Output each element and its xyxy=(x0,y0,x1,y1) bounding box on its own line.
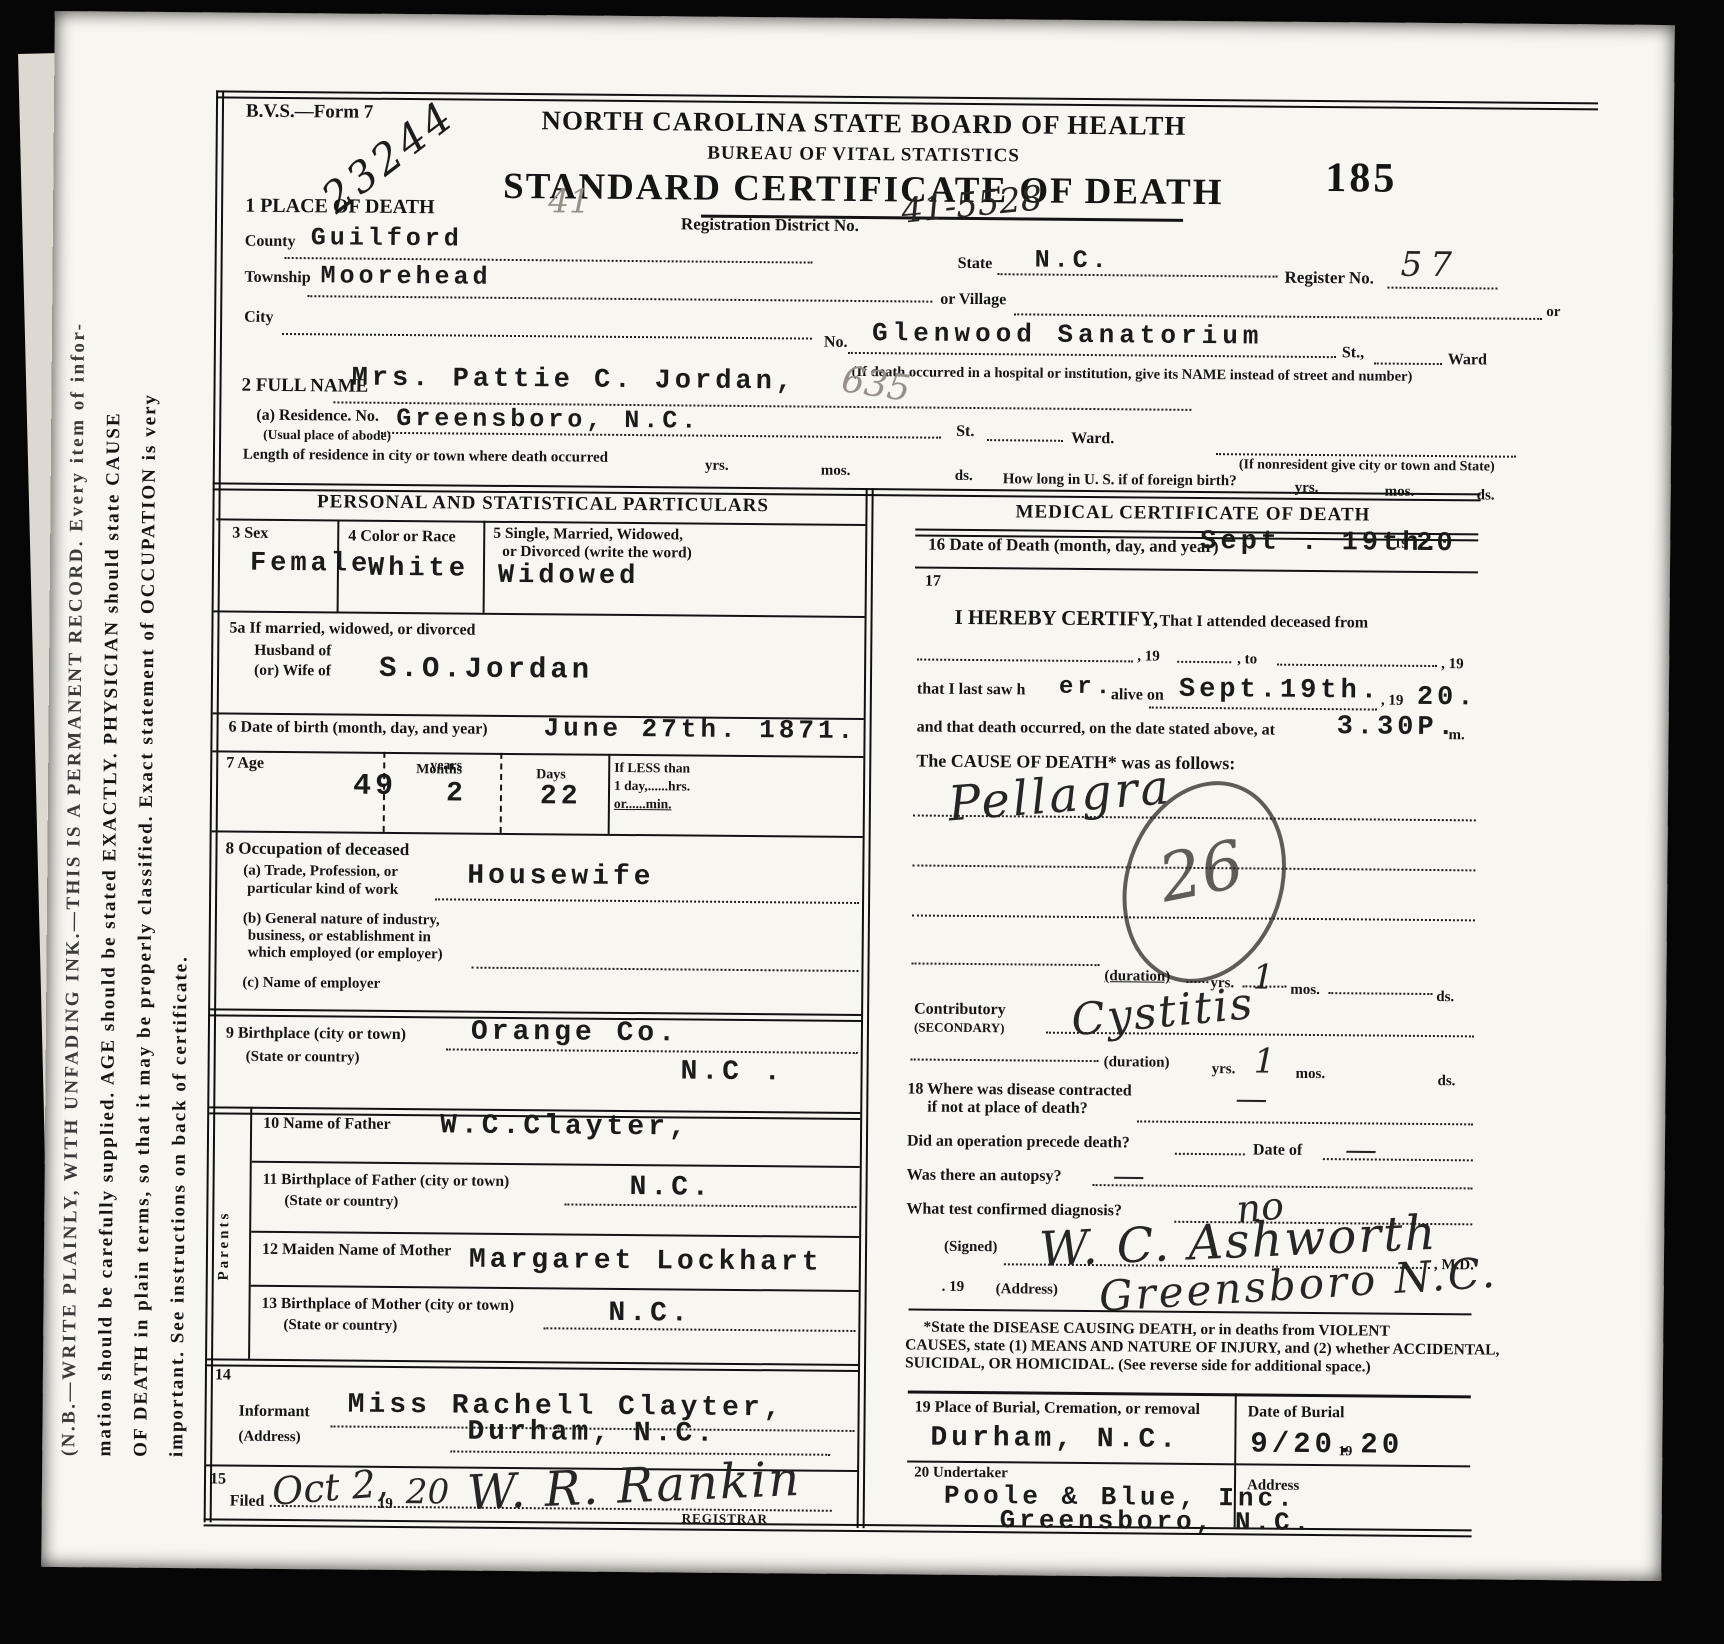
cell-divider xyxy=(483,521,486,613)
mother-birthplace-label: 13 Birthplace of Mother (city or town) xyxy=(261,1295,514,1315)
registrar-label: REGISTRAR xyxy=(682,1510,768,1527)
dotted-line xyxy=(1177,661,1231,663)
dotted-line xyxy=(1093,1184,1473,1189)
filed-number: 15 xyxy=(210,1470,226,1488)
father-birthplace-label: 11 Birthplace of Father (city or town) xyxy=(263,1171,510,1191)
occupation-b-label-3: which employed (or employer) xyxy=(248,945,443,964)
burial-label: 19 Place of Burial, Cremation, or remova… xyxy=(915,1399,1200,1419)
burial-date-label: Date of Burial xyxy=(1248,1403,1345,1422)
certificate-number: 185 xyxy=(1325,154,1397,203)
dotted-line xyxy=(1387,287,1497,290)
dotted-line xyxy=(435,898,859,904)
dotted-line xyxy=(848,352,1336,358)
mother-birthplace-sub-label: (State or country) xyxy=(283,1317,397,1335)
row-line xyxy=(252,1161,860,1168)
state-label: State xyxy=(958,255,993,273)
father-name-label: 10 Name of Father xyxy=(263,1115,391,1134)
column-divider xyxy=(857,488,874,1528)
filed-year-prefix: 19 xyxy=(378,1496,393,1513)
informant-address-value: Durham, N.C. xyxy=(467,1417,717,1450)
father-name-value: W.C.Clayter, xyxy=(440,1110,690,1143)
date-of-birth-label: 6 Date of birth (month, day, and year) xyxy=(228,719,487,739)
duration2-ds-label: ds. xyxy=(1437,1073,1455,1090)
age-less-label-1: If LESS than xyxy=(614,760,690,777)
date-of-death-year-prefix: 19 xyxy=(1394,537,1408,553)
sex-value: Female xyxy=(250,549,371,580)
certificate-title: STANDARD CERTIFICATE OF DEATH xyxy=(353,164,1373,216)
spouse-value: S.O.Jordan xyxy=(379,652,593,687)
filed-label: Filed xyxy=(230,1493,265,1511)
residence-value: Greensboro, N.C. xyxy=(396,404,700,436)
residence-st-label: St. xyxy=(956,423,974,441)
full-name-value: Mrs. Pattie C. Jordan, xyxy=(351,364,796,398)
duration-ds-label: ds. xyxy=(1436,989,1454,1006)
cell-divider xyxy=(337,519,340,611)
death-certificate-document: (N.B.—WRITE PLAINLY, WITH UNFADING INK.—… xyxy=(41,11,1675,1581)
certify-year1: , 19 xyxy=(1137,648,1160,665)
date-of-death-label: 16 Date of Death (month, day, and year) xyxy=(928,535,1219,558)
occupation-a-label-2: particular kind of work xyxy=(247,881,398,899)
last-saw-label: that I last saw h xyxy=(917,681,1026,700)
operation-date-label: Date of xyxy=(1253,1141,1302,1159)
dotted-line xyxy=(1328,992,1432,995)
county-label: County xyxy=(245,233,296,251)
dotted-line xyxy=(987,439,1063,442)
signed-year-label: . 19 xyxy=(942,1279,965,1296)
test-confirmed-label: What test confirmed diagnosis? xyxy=(906,1200,1122,1220)
contributory-value: Cystitis xyxy=(1069,978,1256,1046)
how-long-us-label: How long in U. S. if of foreign birth? xyxy=(1003,471,1237,490)
township-label: Township xyxy=(244,269,310,288)
date-of-death-year-value: 20 xyxy=(1416,529,1457,559)
state-value: N.C. xyxy=(1035,246,1111,276)
dotted-line xyxy=(564,1203,856,1208)
full-name-label: 2 FULL NAME xyxy=(241,375,368,398)
full-name-pencil-number: 635 xyxy=(839,359,913,410)
dotted-line xyxy=(1374,362,1442,365)
nonresident-note: (If nonresident give city or town and St… xyxy=(1239,457,1495,475)
cell-divider xyxy=(608,754,611,834)
informant-address-label: (Address) xyxy=(238,1429,300,1447)
age-less-label-2: 1 day,......hrs. xyxy=(614,778,690,795)
marital-label-2: or Divorced (write the word) xyxy=(502,543,692,563)
duration-label: (duration) xyxy=(1104,968,1170,986)
personal-header: PERSONAL AND STATISTICAL PARTICULARS xyxy=(235,491,850,518)
date-of-birth-value: June 27th. 1871. xyxy=(543,713,857,746)
registration-district-label: Registration District No. xyxy=(681,214,859,236)
row-line xyxy=(915,566,1478,573)
age-years-value: 49 xyxy=(353,770,397,804)
race-value: White xyxy=(368,554,469,585)
father-birthplace-sub-label: (State or country) xyxy=(284,1193,398,1211)
margin-note-line4: important. See instructions on back of c… xyxy=(166,955,192,1457)
length-residence-label: Length of residence in city or town wher… xyxy=(243,447,608,467)
secondary-label: (SECONDARY) xyxy=(914,1019,1005,1036)
birthplace-label: 9 Birthplace (city or town) xyxy=(226,1024,406,1044)
burial-year-value: 20 xyxy=(1360,1428,1403,1461)
no-label: No. xyxy=(824,334,848,352)
dotted-line xyxy=(1137,1120,1473,1125)
duration2-yrs-value: 1 xyxy=(1254,1041,1276,1081)
race-label: 4 Color or Race xyxy=(348,528,456,547)
yrs-label: yrs. xyxy=(705,458,729,475)
dotted-line xyxy=(1149,707,1377,711)
signed-label: (Signed) xyxy=(944,1239,997,1256)
margin-note-line2: mation should be carefully supplied. AGE… xyxy=(94,411,125,1456)
physician-address-label: (Address) xyxy=(996,1281,1058,1299)
informant-number: 14 xyxy=(215,1366,231,1384)
dotted-line xyxy=(917,659,1133,663)
dotted-line xyxy=(911,1058,1099,1062)
last-saw-year-prefix: , 19 xyxy=(1381,693,1404,710)
medical-header: MEDICAL CERTIFICATE OF DEATH xyxy=(905,500,1480,527)
dotted-line xyxy=(446,1048,858,1054)
occupation-b-label-2: business, or establishment in xyxy=(248,928,431,947)
age-months-label: Months xyxy=(416,762,462,778)
certify-bold: I HEREBY CERTIFY, xyxy=(954,605,1158,632)
margin-note-line1: (N.B.—WRITE PLAINLY, WITH UNFADING INK.—… xyxy=(58,321,90,1456)
residence-ward-label: Ward. xyxy=(1071,430,1114,448)
occupation-b-label-1: (b) General nature of industry, xyxy=(243,911,440,930)
duration2-yrs-label: yrs. xyxy=(1212,1061,1236,1078)
age-label: 7 Age xyxy=(226,754,264,772)
institution-note: (If death occurred in a hospital or inst… xyxy=(852,364,1413,386)
certify-number: 17 xyxy=(925,573,941,591)
duration2-mos-label: mos. xyxy=(1296,1066,1326,1083)
township-value: Moorehead xyxy=(320,261,491,291)
occupation-value: Housewife xyxy=(467,861,654,894)
residence-label: (a) Residence. No. xyxy=(256,407,379,426)
death-occurred-label: and that death occurred, on the date sta… xyxy=(917,719,1276,740)
duration-yrs-value: 1 xyxy=(1252,957,1274,997)
employer-label: (c) Name of employer xyxy=(242,975,380,993)
dotted-line xyxy=(912,962,1100,966)
dotted-line xyxy=(1014,313,1542,320)
register-no-value: 57 xyxy=(1400,245,1460,286)
spouse-label: 5a If married, widowed, or divorced xyxy=(229,620,475,640)
certify-to: , to xyxy=(1237,651,1257,668)
row-line xyxy=(214,610,865,618)
residence-sub-label: (Usual place of abode) xyxy=(263,427,391,444)
margin-note-line3: OF DEATH in plain terms, so that it may … xyxy=(130,393,161,1457)
dotted-line xyxy=(1175,1153,1245,1156)
cell-divider-dashed xyxy=(500,753,503,833)
dotted-line xyxy=(471,967,858,972)
duration-mos-label: mos. xyxy=(1290,982,1320,999)
dotted-line xyxy=(1277,664,1437,667)
row-line xyxy=(251,1231,859,1238)
operation-value: — xyxy=(1345,1130,1377,1168)
ward-label: Ward xyxy=(1448,351,1487,369)
row-divider xyxy=(207,1358,858,1372)
time-of-death-value: 3.30P. xyxy=(1336,712,1457,743)
occupation-label: 8 Occupation of deceased xyxy=(225,838,409,860)
row-line xyxy=(908,1390,1471,1398)
dotted-line xyxy=(543,1327,855,1332)
mother-name-value: Margaret Lockhart xyxy=(469,1245,823,1279)
institution-value: Glenwood Sanatorium xyxy=(872,318,1264,351)
age-days-value: 22 xyxy=(540,781,582,812)
undertaker-address-label: Address xyxy=(1247,1477,1299,1494)
disease-contracted-label-1: 18 Where was disease contracted xyxy=(907,1080,1131,1100)
husband-of-label: Husband of xyxy=(254,642,331,661)
age-less-label-3: or......min. xyxy=(614,796,672,813)
autopsy-label: Was there an autopsy? xyxy=(907,1166,1062,1185)
board-title: NORTH CAROLINA STATE BOARD OF HEALTH xyxy=(354,104,1374,144)
register-no-label: Register No. xyxy=(1284,268,1374,289)
disease-contracted-label-2: if not at place of death? xyxy=(927,1099,1088,1118)
disease-contracted-value: — xyxy=(1235,1079,1267,1117)
row-line xyxy=(212,750,863,758)
autopsy-value: — xyxy=(1113,1156,1145,1194)
mos-label: mos. xyxy=(821,463,851,480)
undertaker-value-2: Greensboro, N.C. xyxy=(1000,1505,1314,1538)
pencil-number: 41 xyxy=(548,181,590,220)
last-saw-date-value: Sept.19th. xyxy=(1179,675,1381,707)
form-left-border xyxy=(204,90,224,1522)
or-label: or xyxy=(1546,304,1560,321)
contributory-label: Contributory xyxy=(914,1000,1006,1019)
dotted-line xyxy=(282,333,812,340)
circled-stamp-number: 26 xyxy=(1153,825,1251,917)
footnote-line3: SUICIDAL, OR HOMICIDAL. (See reverse sid… xyxy=(905,1354,1371,1376)
row-line xyxy=(212,830,863,838)
st-label: St., xyxy=(1342,344,1364,362)
alive-on-label: alive on xyxy=(1111,686,1164,704)
occupation-a-label-1: (a) Trade, Profession, or xyxy=(243,863,398,881)
dotted-line xyxy=(307,295,932,302)
mother-birthplace-value: N.C. xyxy=(608,1298,691,1330)
city-label: City xyxy=(244,309,273,327)
sex-label: 3 Sex xyxy=(232,525,268,543)
row-line xyxy=(251,1285,859,1292)
birthplace-sub-label: (State or country) xyxy=(246,1049,360,1067)
last-saw-year-value: 20. xyxy=(1417,683,1478,714)
mother-name-label: 12 Maiden Name of Mother xyxy=(262,1241,451,1261)
place-of-death-label: 1 PLACE OF DEATH xyxy=(245,195,435,220)
certify-rest: That I attended deceased from xyxy=(1159,613,1368,633)
dotted-line xyxy=(998,273,1278,277)
wife-of-label: (or) Wife of xyxy=(254,662,331,681)
marital-value: Widowed xyxy=(498,561,640,592)
father-birthplace-value: N.C. xyxy=(629,1172,712,1204)
certify-year2: , 19 xyxy=(1441,656,1464,673)
cell-divider-dashed xyxy=(383,752,386,832)
time-m-label: m. xyxy=(1448,727,1464,744)
informant-label: Informant xyxy=(239,1403,310,1422)
county-value: Guilford xyxy=(311,223,463,253)
marital-label-1: 5 Single, Married, Widowed, xyxy=(493,525,683,545)
operation-label: Did an operation precede death? xyxy=(907,1132,1130,1152)
ds-label: ds. xyxy=(955,468,973,485)
parents-label: Parents xyxy=(216,1211,234,1281)
birthplace-state-value: N.C . xyxy=(680,1056,784,1088)
duration2-label: (duration) xyxy=(1104,1054,1170,1072)
undertaker-label: 20 Undertaker xyxy=(914,1465,1008,1483)
birthplace-value: Orange Co. xyxy=(471,1017,679,1050)
age-months-value: 2 xyxy=(446,778,467,809)
last-saw-typed-er: er. xyxy=(1059,674,1114,701)
burial-value: Durham, N.C. xyxy=(930,1423,1180,1456)
or-village-label: or Village xyxy=(940,291,1006,310)
burial-year-prefix: 19 xyxy=(1338,1444,1352,1460)
